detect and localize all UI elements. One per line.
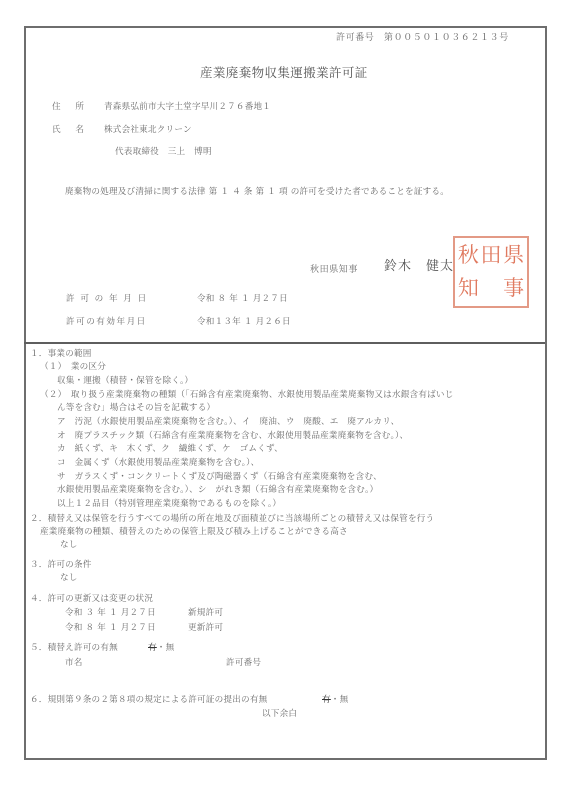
section-2-heading: ２．積替え又は保管を行うすべての場所の所在地及び面積並びに当該場所ごとの積替え又…: [30, 514, 434, 525]
history-type: 更新許可: [188, 623, 223, 634]
seal-char: 事: [502, 272, 525, 305]
permit-date: 令和 ８ 年 １ 月２７日: [197, 294, 288, 305]
section-1-sub1-heading: （１） 業の区分: [40, 362, 106, 373]
representative: 代表取締役 三上 博明: [115, 147, 212, 158]
valid-until-date: 令和１３年 １ 月２６日: [197, 317, 291, 328]
waste-type-line: カ 紙くず、キ 木くず、ク 繊維くず、ケ ゴムくず、: [57, 444, 283, 455]
issuer-name: 鈴木 健太: [384, 261, 454, 272]
waste-type-line: オ 廃プラスチック類（石綿含有産業廃棄物を含む、水銀使用製品産業廃棄物を含む。）…: [57, 431, 408, 442]
history-date: 令和 ８ 年 １ 月２７日: [65, 623, 156, 634]
address-label: 住 所: [52, 102, 90, 113]
waste-type-total: 以上１２品目（特別管理産業廃棄物であるものを除く。）: [57, 499, 281, 510]
section-divider: [24, 342, 545, 344]
choice-yes-struck: 有: [322, 695, 331, 705]
waste-type-line: コ 金属くず（水銀使用製品産業廃棄物を含む。）、: [57, 458, 259, 469]
seal-char: 田: [480, 239, 503, 272]
company-name: 株式会社東北クリーン: [104, 125, 192, 136]
end-note: 以下余白: [262, 709, 297, 720]
section-2-heading-cont: 産業廃棄物の種類、積替えのための保管上限及び積み上げることができる高さ: [40, 527, 348, 538]
city-label: 市名: [65, 658, 83, 669]
valid-until-label: 許可の有効年月日: [66, 317, 147, 328]
history-type: 新規許可: [188, 608, 223, 619]
document-title: 産業廃棄物収集運搬業許可証: [200, 67, 368, 78]
waste-type-line: サ ガラスくず・コンクリートくず及び陶磁器くず（石綿含有産業廃棄物を含む、: [57, 472, 382, 483]
official-seal: 秋 田 県 知 事: [453, 236, 529, 308]
choice-separator: ・: [157, 643, 166, 653]
transfer-permit-number-label: 許可番号: [226, 658, 261, 669]
address-value: 青森県弘前市大字土堂字早川２７６番地１: [104, 102, 271, 113]
name-label: 氏 名: [52, 125, 90, 136]
history-date: 令和 ３ 年 １ 月２７日: [65, 608, 156, 619]
waste-type-line: ア 汚泥（水銀使用製品産業廃棄物を含む。）、イ 廃油、ウ 廃酸、エ 廃アルカリ、: [57, 417, 399, 428]
certification-statement: 廃棄物の処理及び清掃に関する法律 第 １ ４ 条 第 １ 項 の許可を受けた者で…: [65, 187, 449, 198]
permit-date-label: 許 可 の 年 月 日: [66, 294, 148, 305]
section-3-value: なし: [60, 573, 78, 584]
choice-yes-struck: 有: [148, 643, 157, 653]
seal-char: 知: [457, 272, 480, 305]
issuer-title: 秋田県知事: [310, 265, 358, 276]
section-3-heading: ３．許可の条件: [30, 560, 92, 571]
choice-separator: ・: [331, 695, 340, 705]
section-5-heading: ５．積替え許可の有無: [30, 643, 118, 654]
section-2-value: なし: [60, 540, 78, 551]
seal-char: 県: [502, 239, 525, 272]
section-1-sub2-heading: （２） 取り扱う産業廃棄物の種類（「石綿含有産業廃棄物、水銀使用製品産業廃棄物又…: [40, 390, 454, 401]
section-1-heading: １．事業の範囲: [30, 349, 92, 360]
section-6-choice: 有・無: [322, 695, 348, 706]
section-1-sub2-heading-cont: ん等を含む」場合はその旨を記載する）: [57, 403, 215, 414]
choice-no: 無: [166, 643, 175, 653]
section-1-sub1-value: 収集・運搬（積替・保管を除く。）: [57, 376, 193, 387]
seal-char: 秋: [457, 239, 480, 272]
section-4-heading: ４．許可の更新又は変更の状況: [30, 594, 153, 605]
waste-type-line: 水銀使用製品産業廃棄物を含む。）、シ がれき類（石綿含有産業廃棄物を含む。）: [57, 485, 378, 496]
section-5-choice: 有・無: [148, 643, 174, 654]
choice-no: 無: [340, 695, 349, 705]
permit-number: 許可番号 第００５０１０３６２１３号: [336, 33, 509, 44]
section-6-heading: ６．規則第９条の２第８項の規定による許可証の提出の有無: [30, 695, 267, 706]
